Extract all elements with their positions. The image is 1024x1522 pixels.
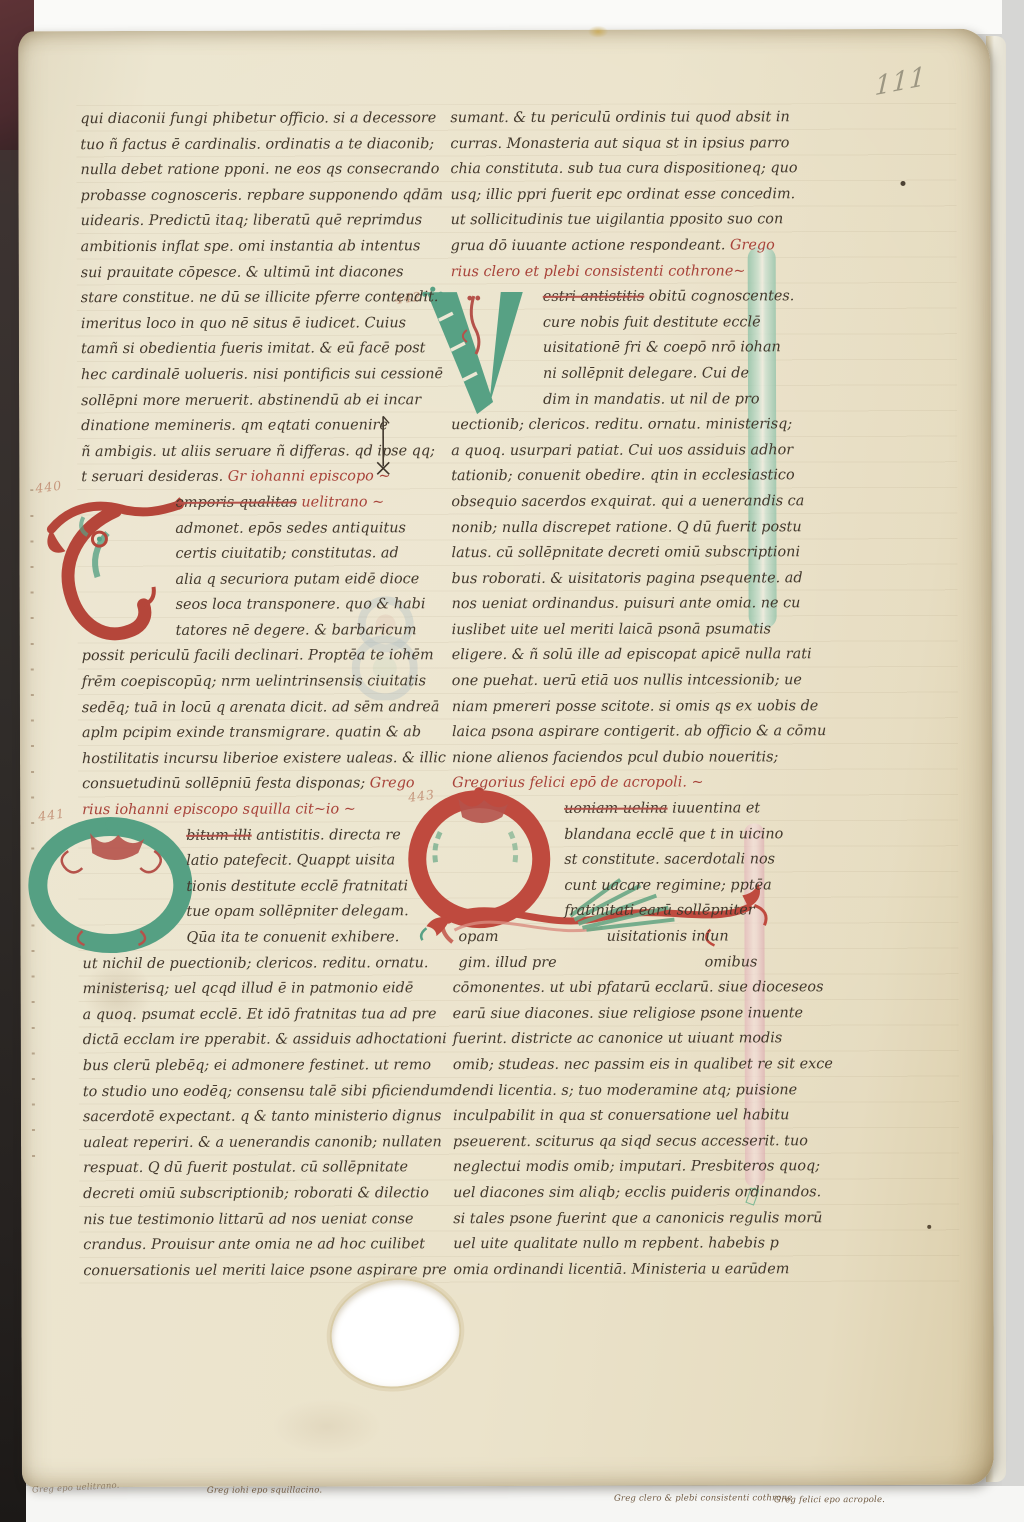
- manuscript-text-line: niam pmereri posse scitote. si omis qs e…: [452, 694, 788, 720]
- manuscript-text-line: si tales psone fuerint que a canonicis r…: [453, 1206, 789, 1232]
- manuscript-text-line: uoniam uelina iuuentina et: [564, 796, 788, 822]
- text-segment: uoniam uelina: [564, 801, 667, 817]
- manuscript-text-line: rius iohanni episcopo squilla cit~io ~: [82, 797, 418, 823]
- manuscript-text-line: dim in mandatis. ut nil de pro: [543, 387, 787, 413]
- manuscript-text-line: bus clerū plebēq; ei admonere festinet. …: [83, 1053, 419, 1079]
- text-segment: curras. Monasteria aut siqua st in ipsiu…: [450, 135, 789, 152]
- text-segment: earū siue diacones. siue religiose psone…: [453, 1005, 803, 1022]
- text-segment: uel uite qualitate nullo m repbent. habe…: [453, 1235, 779, 1252]
- manuscript-text-line: uectionib; clericos. reditu. ornatu. min…: [451, 412, 787, 438]
- manuscript-text-line: nulla debet ratione pponi. ne eos qs con…: [80, 157, 416, 183]
- text-segment: stare constitue. ne dū se illicite pferr…: [81, 289, 439, 306]
- text-segment: alia q securiora putam eidē dioce: [176, 571, 420, 588]
- manuscript-text-line: conuersationis uel meriti laice psone as…: [83, 1258, 419, 1284]
- manuscript-text-line: aplm pcipim exinde transmigrare. quatin …: [82, 720, 418, 746]
- manuscript-text-line: neglectui modis omib; imputari. Presbite…: [453, 1155, 789, 1181]
- manuscript-text-line: tationib; conuenit obedire. qtin in eccl…: [451, 464, 787, 490]
- manuscript-text-line: blandana ecclē que t in uicino: [564, 822, 788, 848]
- text-segment: uel diacones sim aliqb; ecclis puideris …: [453, 1184, 821, 1201]
- text-segment: nos ueniat ordinandus. puisuri ante omia…: [452, 596, 801, 613]
- text-segment: possit periculū facili declinari. Proptē…: [82, 648, 434, 665]
- manuscript-text-line: tamñ si obedientia fueris imitat. & eū f…: [81, 337, 417, 363]
- manuscript-text-line: hec cardinalē uolueris. nisi pontificis …: [81, 362, 417, 388]
- manuscript-photo: 111 440 441 442 443 ⸻̃ T: [0, 0, 1024, 1522]
- manuscript-text-line: t seruari desideras. Gr iohanni episcopo…: [81, 465, 417, 491]
- text-segment: nis tue testimonio littarū ad nos ueniat…: [83, 1211, 413, 1228]
- manuscript-text-line: obsequio sacerdos exquirat. qui a uenera…: [451, 489, 787, 515]
- text-segment: to studio uno eodēq; consensu talē sibi …: [83, 1083, 453, 1100]
- manuscript-text-line: possit periculū facili declinari. Proptē…: [82, 644, 418, 670]
- manuscript-text-line: nione alienos faciendos pcul dubio nouer…: [452, 745, 788, 771]
- manuscript-text-line: sui prauitate cōpesce. & ultimū int diac…: [81, 260, 417, 286]
- manuscript-text-line: ut sollicitudinis tue uigilantia pposito…: [451, 208, 787, 234]
- text-segment: fratinitati earū sollēpniter: [564, 903, 754, 919]
- text-segment: probasse cognosceris. repbare supponendo…: [81, 187, 444, 204]
- text-segment: estri antistitis: [543, 289, 645, 305]
- text-segment: Grego: [730, 237, 775, 253]
- manuscript-text-line: frēm coepiscopūq; nrm uelintrinsensis ci…: [82, 669, 418, 695]
- manuscript-text-line: respuat. Q dū fuerit postulat. cū sollēp…: [83, 1156, 419, 1182]
- text-segment: si tales psone fuerint que a canonicis r…: [453, 1210, 822, 1227]
- manuscript-text-line: ñ ambigis. ut aliis seruare ñ differas. …: [81, 439, 417, 465]
- text-segment: sollēpni more meruerit. abstinendū ab ei…: [81, 392, 421, 409]
- manuscript-text-line: seos loca transponere. quo & habi: [176, 593, 418, 619]
- text-segment: admonet. epōs sedes antiquitus: [175, 520, 406, 537]
- manuscript-text-line: a quoq. psumat ecclē. Et idō fratnitas t…: [83, 1002, 419, 1028]
- text-segment: Qūa ita te conuenit exhibere.: [186, 929, 399, 946]
- text-segment: omibus: [705, 954, 758, 970]
- text-segment: crandus. Prouisur ante omia ne ad hoc cu…: [83, 1236, 425, 1253]
- manuscript-text-line: alia q securiora putam eidē dioce: [176, 567, 418, 593]
- manuscript-text-line: to studio uno eodēq; consensu talē sibi …: [83, 1079, 419, 1105]
- text-segment: ambitionis inflat spe. omi instantia ab …: [81, 238, 421, 255]
- manuscript-text-line: admonet. epōs sedes antiquitus: [175, 516, 417, 542]
- manuscript-text-line: usq; illic ppri fuerit epc ordinat esse …: [450, 182, 786, 208]
- manuscript-text-line: chia constituta. sub tua cura dispositio…: [450, 156, 786, 182]
- text-segment: Gregorius felici epō de acropoli. ~: [452, 775, 704, 792]
- manuscript-text-line: uel uite qualitate nullo m repbent. habe…: [453, 1231, 789, 1257]
- manuscript-text-line: uidearis. Predictū itaq; liberatū quē re…: [81, 209, 417, 235]
- text-segment: sui prauitate cōpesce. & ultimū int diac…: [81, 264, 404, 281]
- text-segment: frēm coepiscopūq; nrm uelintrinsensis ci…: [82, 673, 426, 690]
- speck: [927, 1225, 931, 1229]
- manuscript-text-line: pseuerent. sciturus qa siqd secus access…: [453, 1129, 789, 1155]
- bottom-note: Greg clero & plebi consistenti cothrone: [614, 1493, 793, 1503]
- text-segment: ut sollicitudinis tue uigilantia pposito…: [451, 212, 784, 229]
- manuscript-text-line: dictā ecclam ire pperabit. & assiduis ad…: [83, 1028, 419, 1054]
- speck: [900, 181, 905, 186]
- manuscript-text-line: sedēq; tuā in locū q arenata dicit. ad s…: [82, 695, 418, 721]
- text-segment: latio patefecit. Quappt uisita: [186, 853, 395, 870]
- text-segment: antistitis. directa re: [252, 827, 401, 843]
- manuscript-text-line: laica psona aspirare contigerit. ab offi…: [452, 720, 788, 746]
- manuscript-text-line: sollēpni more meruerit. abstinendū ab ei…: [81, 388, 417, 414]
- text-segment: Grego: [370, 776, 415, 792]
- text-column-2: sumant. & tu periculū ordinis tui quod a…: [450, 105, 789, 1283]
- text-segment: uisitationē fri & coepō nrō iohan: [543, 340, 781, 357]
- text-segment: aplm pcipim exinde transmigrare. quatin …: [82, 724, 421, 741]
- text-segment: hostilitatis incursu liberioe existere u…: [82, 750, 446, 767]
- manuscript-text-line: a quoq. usurpari patiat. Cui uos assidui…: [451, 438, 787, 464]
- manuscript-text-line: tuo ñ factus ē cardinalis. ordinatis a t…: [80, 132, 416, 158]
- text-segment: cure nobis fuit destitute ecclē: [543, 314, 761, 331]
- manuscript-text-line: crandus. Prouisur ante omia ne ad hoc cu…: [83, 1232, 419, 1258]
- stain: [272, 1398, 382, 1454]
- text-segment: cōmonentes. ut ubi pfatarū ecclarū. siue…: [453, 979, 824, 996]
- text-segment: iuslibet uite uel meriti laicā psonā psu…: [452, 621, 771, 638]
- text-segment: blandana ecclē que t in uicino: [564, 826, 783, 843]
- manuscript-text-line: st constitute. sacerdotali nos: [564, 847, 788, 873]
- text-segment: omib; studeas. nec passim eis in qualibe…: [453, 1056, 833, 1073]
- text-segment: nulla debet ratione pponi. ne eos qs con…: [80, 161, 439, 178]
- text-segment: dinatione memineris. qm eqtati conuenire: [81, 417, 388, 434]
- manuscript-text-line: uel diacones sim aliqb; ecclis puideris …: [453, 1180, 789, 1206]
- manuscript-text-line: cunt uacare regimine; pptēa: [564, 873, 788, 899]
- manuscript-text-line: rius clero et plebi consistenti cothrone…: [451, 259, 787, 285]
- manuscript-text-line: latio patefecit. Quappt uisita: [186, 848, 418, 874]
- manuscript-text-line: bus roborati. & uisitatoris pagina psequ…: [451, 566, 787, 592]
- text-segment: pseuerent. sciturus qa siqd secus access…: [453, 1133, 808, 1150]
- text-segment: usq; illic ppri fuerit epc ordinat esse …: [451, 186, 796, 203]
- manuscript-text-line: cure nobis fuit destitute ecclē: [543, 310, 787, 336]
- text-segment: ñ ambigis. ut aliis seruare ñ differas. …: [81, 443, 435, 460]
- manuscript-text-line: earū siue diacones. siue religiose psone…: [453, 1001, 789, 1027]
- stain-yellow: [588, 26, 608, 38]
- text-segment: conuersationis uel meriti laice psone as…: [83, 1262, 446, 1279]
- bottom-note: Greg felici epo acropole.: [774, 1495, 885, 1505]
- text-segment: rius clero et plebi consistenti cothrone…: [451, 263, 746, 280]
- manuscript-text-line: sacerdotē expectant. q & tanto ministeri…: [83, 1104, 419, 1130]
- text-segment: bitum illi: [186, 827, 252, 843]
- manuscript-text-line: dendi licentia. s; tuo moderamine atq; p…: [453, 1078, 789, 1104]
- manuscript-text-line: grua dō iuuante actione respondeant. Gre…: [451, 233, 787, 259]
- text-segment: nonib; nulla discrepet ratione. Q dū fue…: [451, 519, 801, 536]
- text-segment: iuuentina et: [668, 800, 761, 816]
- manuscript-text-line: opamuisitationis iniun: [458, 924, 788, 950]
- manuscript-text-line: cōmonentes. ut ubi pfatarū ecclarū. siue…: [453, 975, 789, 1001]
- text-segment: sedēq; tuā in locū q arenata dicit. ad s…: [82, 699, 440, 716]
- parchment-page: 111 440 441 442 443 ⸻̃ T: [18, 29, 994, 1488]
- manuscript-text-line: consuetudinū sollēpniū festa disponas; G…: [82, 772, 418, 798]
- manuscript-text-line: uisitationē fri & coepō nrō iohan: [543, 336, 787, 362]
- text-segment: cunt uacare regimine; pptēa: [564, 877, 771, 894]
- text-segment: fuerint. districte ac canonice ut uiuant…: [453, 1031, 783, 1048]
- text-segment: sumant. & tu periculū ordinis tui quod a…: [450, 109, 789, 126]
- text-segment: seos loca transponere. quo & habi: [176, 596, 426, 613]
- text-segment: obitū cognoscentes.: [644, 288, 794, 304]
- text-segment: st constitute. sacerdotali nos: [564, 852, 775, 869]
- text-segment: gim. illud pre: [459, 954, 557, 970]
- text-segment: niam pmereri posse scitote. si omis qs e…: [452, 698, 818, 715]
- text-segment: one puehat. uerū etiā uos nullis intcess…: [452, 672, 802, 689]
- manuscript-text-line: nonib; nulla discrepet ratione. Q dū fue…: [451, 515, 787, 541]
- manuscript-text-line: ambitionis inflat spe. omi instantia ab …: [81, 234, 417, 260]
- text-segment: omia ordinandi licentiā. Ministeria u ea…: [453, 1261, 789, 1278]
- text-segment: laica psona aspirare contigerit. ab offi…: [452, 723, 826, 740]
- manuscript-text-line: one puehat. uerū etiā uos nullis intcess…: [452, 668, 788, 694]
- manuscript-text-line: latus. cū sollēpnitate decreti omiū subs…: [451, 540, 787, 566]
- text-segment: emporis qualitas: [175, 494, 297, 510]
- text-segment: opam: [458, 929, 498, 945]
- text-segment: sacerdotē expectant. q & tanto ministeri…: [83, 1108, 441, 1125]
- manuscript-text-line: tue opam sollēpniter delegam.: [186, 900, 418, 926]
- manuscript-text-line: dinatione memineris. qm eqtati conuenire: [81, 413, 417, 439]
- text-segment: obsequio sacerdos exquirat. qui a uenera…: [451, 493, 804, 510]
- text-segment: respuat. Q dū fuerit postulat. cū sollēp…: [83, 1160, 408, 1177]
- text-segment: latus. cū sollēpnitate decreti omiū subs…: [451, 544, 800, 561]
- manuscript-text-line: tatores nē degere. & barbaricum: [176, 618, 418, 644]
- text-segment: imeritus loco in quo nē situs ē iudicet.…: [81, 315, 406, 332]
- manuscript-text-line: inculpabilit in qua st conuersatione uel…: [453, 1103, 789, 1129]
- text-segment: tamñ si obedientia fueris imitat. & eū f…: [81, 341, 426, 358]
- text-segment: qui diaconii fungi phibetur officio. si …: [80, 110, 436, 127]
- manuscript-text-line: stare constitue. ne dū se illicite pferr…: [81, 285, 417, 311]
- manuscript-text-line: sumant. & tu periculū ordinis tui quod a…: [450, 105, 786, 131]
- manuscript-text-line: eligere. & ñ solū ille ad episcopat apic…: [452, 643, 788, 669]
- manuscript-text-line: decreti omiū subscriptionib; roborati & …: [83, 1181, 419, 1207]
- folio-number-pencil: 111: [874, 61, 927, 102]
- text-segment: ut nichil de puectionib; clericos. redit…: [83, 955, 429, 972]
- text-segment: nione alienos faciendos pcul dubio nouer…: [452, 749, 778, 766]
- manuscript-text-line: estri antistitis obitū cognoscentes.: [543, 284, 787, 310]
- manuscript-text-line: gim. illud preomibus: [459, 950, 789, 976]
- text-segment: hec cardinalē uolueris. nisi pontificis …: [81, 366, 443, 383]
- manuscript-text-line: hostilitatis incursu liberioe existere u…: [82, 746, 418, 772]
- text-segment: tatores nē degere. & barbaricum: [176, 622, 417, 639]
- manuscript-text-line: tionis destitute ecclē fratnitati: [186, 874, 418, 900]
- manuscript-text-line: fratinitati earū sollēpniter: [564, 899, 788, 925]
- manuscript-text-line: nis tue testimonio littarū ad nos ueniat…: [83, 1207, 419, 1233]
- text-segment: tionis destitute ecclē fratnitati: [186, 878, 408, 895]
- text-segment: dictā ecclam ire pperabit. & assiduis ad…: [83, 1032, 447, 1049]
- manuscript-text-line: omia ordinandi licentiā. Ministeria u ea…: [453, 1257, 789, 1283]
- manuscript-text-line: emporis qualitas uelitrano ~: [175, 490, 417, 516]
- manuscript-text-line: ut nichil de puectionib; clericos. redit…: [83, 951, 419, 977]
- text-segment: tuo ñ factus ē cardinalis. ordinatis a t…: [80, 136, 434, 153]
- text-segment: neglectui modis omib; imputari. Presbite…: [453, 1159, 820, 1176]
- manuscript-text-line: ministerisq; uel qcqd illud ē in patmoni…: [83, 976, 419, 1002]
- text-segment: inculpabilit in qua st conuersatione uel…: [453, 1107, 790, 1124]
- text-segment: rius iohanni episcopo squilla cit~io ~: [82, 801, 356, 818]
- text-segment: eligere. & ñ solū ille ad episcopat apic…: [452, 647, 812, 664]
- text-segment: bus clerū plebēq; ei admonere festinet. …: [83, 1057, 431, 1074]
- manuscript-text-line: iuslibet uite uel meriti laicā psonā psu…: [452, 617, 788, 643]
- text-segment: t seruari desideras.: [81, 469, 228, 485]
- text-segment: ni sollēpnit delegare. Cui de: [543, 365, 749, 382]
- text-segment: uisitationis iniun: [607, 928, 729, 944]
- text-segment: uelitrano ~: [297, 494, 384, 510]
- text-segment: a quoq. psumat ecclē. Et idō fratnitas t…: [83, 1006, 437, 1023]
- manuscript-text-line: Gregorius felici epō de acropoli. ~: [452, 771, 788, 797]
- text-segment: decreti omiū subscriptionib; roborati & …: [83, 1185, 429, 1202]
- manuscript-text-line: certis ciuitatib; constitutas. ad: [175, 541, 417, 567]
- text-segment: dendi licentia. s; tuo moderamine atq; p…: [453, 1082, 797, 1099]
- text-segment: bus roborati. & uisitatoris pagina psequ…: [452, 570, 803, 587]
- text-segment: uectionib; clericos. reditu. ornatu. min…: [451, 416, 792, 433]
- manuscript-text-line: nos ueniat ordinandus. puisuri ante omia…: [452, 592, 788, 618]
- manuscript-text-line: qui diaconii fungi phibetur officio. si …: [80, 106, 416, 132]
- manuscript-text-line: imeritus loco in quo nē situs ē iudicet.…: [81, 311, 417, 337]
- manuscript-text-line: Qūa ita te conuenit exhibere.: [186, 925, 418, 951]
- manuscript-text-line: ni sollēpnit delegare. Cui de: [543, 361, 787, 387]
- text-segment: consuetudinū sollēpniū festa disponas;: [82, 776, 370, 793]
- text-segment: certis ciuitatib; constitutas. ad: [175, 545, 398, 562]
- text-segment: ministerisq; uel qcqd illud ē in patmoni…: [83, 980, 414, 997]
- text-segment: Gr iohanni episcopo ~: [228, 469, 391, 485]
- text-column-1: qui diaconii fungi phibetur officio. si …: [80, 106, 419, 1284]
- manuscript-text-line: omib; studeas. nec passim eis in qualibe…: [453, 1052, 789, 1078]
- manuscript-text-line: fuerint. districte ac canonice ut uiuant…: [453, 1027, 789, 1053]
- manuscript-text-line: bitum illi antistitis. directa re: [186, 823, 418, 849]
- text-segment: tationib; conuenit obedire. qtin in eccl…: [451, 468, 794, 485]
- manuscript-text-line: curras. Monasteria aut siqua st in ipsiu…: [450, 131, 786, 157]
- text-segment: chia constituta. sub tua cura dispositio…: [450, 160, 797, 177]
- text-segment: grua dō iuuante actione respondeant.: [451, 237, 730, 254]
- text-segment: dim in mandatis. ut nil de pro: [543, 391, 759, 408]
- text-segment: ualeat reperiri. & a uenerandis canonib;…: [83, 1134, 442, 1151]
- text-segment: tue opam sollēpniter delegam.: [186, 904, 408, 921]
- bottom-note: Greg iohi epo squillacino.: [207, 1485, 322, 1495]
- manuscript-text-line: ualeat reperiri. & a uenerandis canonib;…: [83, 1130, 419, 1156]
- text-segment: uidearis. Predictū itaq; liberatū quē re…: [81, 213, 423, 230]
- text-segment: a quoq. usurpari patiat. Cui uos assidui…: [451, 442, 793, 459]
- manuscript-text-line: probasse cognosceris. repbare supponendo…: [80, 183, 416, 209]
